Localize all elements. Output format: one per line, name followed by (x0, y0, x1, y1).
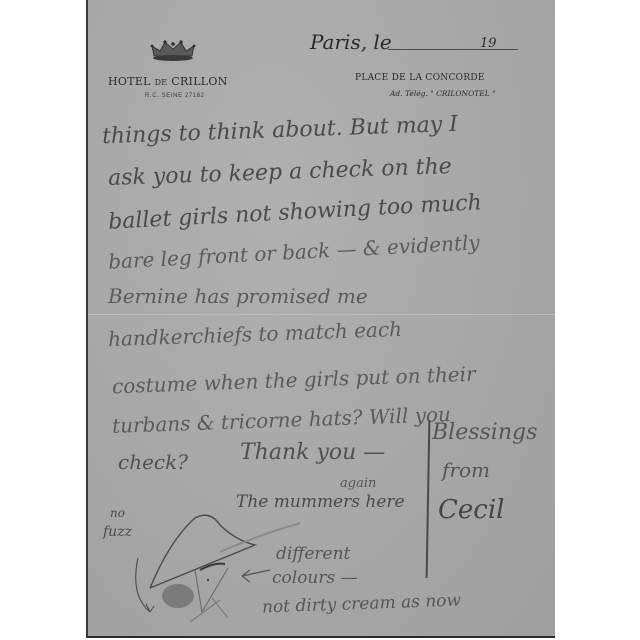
date-line (388, 49, 518, 50)
hotel-name-prefix: HOTEL (108, 75, 151, 88)
date-place: Paris, le (310, 30, 392, 54)
letter-line: check? (118, 450, 188, 474)
tricorne-hat-sketch (120, 500, 300, 630)
hotel-address: PLACE DE LA CONCORDE (355, 73, 485, 83)
telegram-address: Ad. Télég. " CRILONOTEL " (390, 89, 496, 98)
hotel-name: HOTEL DE CRILLON (108, 75, 228, 88)
hotel-name-suffix: CRILLON (171, 75, 227, 88)
letter-line: Bernine has promised me (108, 284, 368, 308)
closing-blessings: Blessings (432, 420, 537, 445)
signature: Cecil (438, 495, 504, 525)
hotel-name-de: DE (155, 78, 168, 87)
thank-you-text: Thank you — (240, 440, 385, 465)
crown-icon (148, 38, 198, 62)
registration-number: R.C. SEINE 27162 (145, 93, 205, 99)
again-text: again (340, 476, 376, 491)
closing-from: from (442, 458, 490, 482)
paper-fold (88, 314, 555, 315)
year-prefix: 19 (480, 36, 497, 51)
